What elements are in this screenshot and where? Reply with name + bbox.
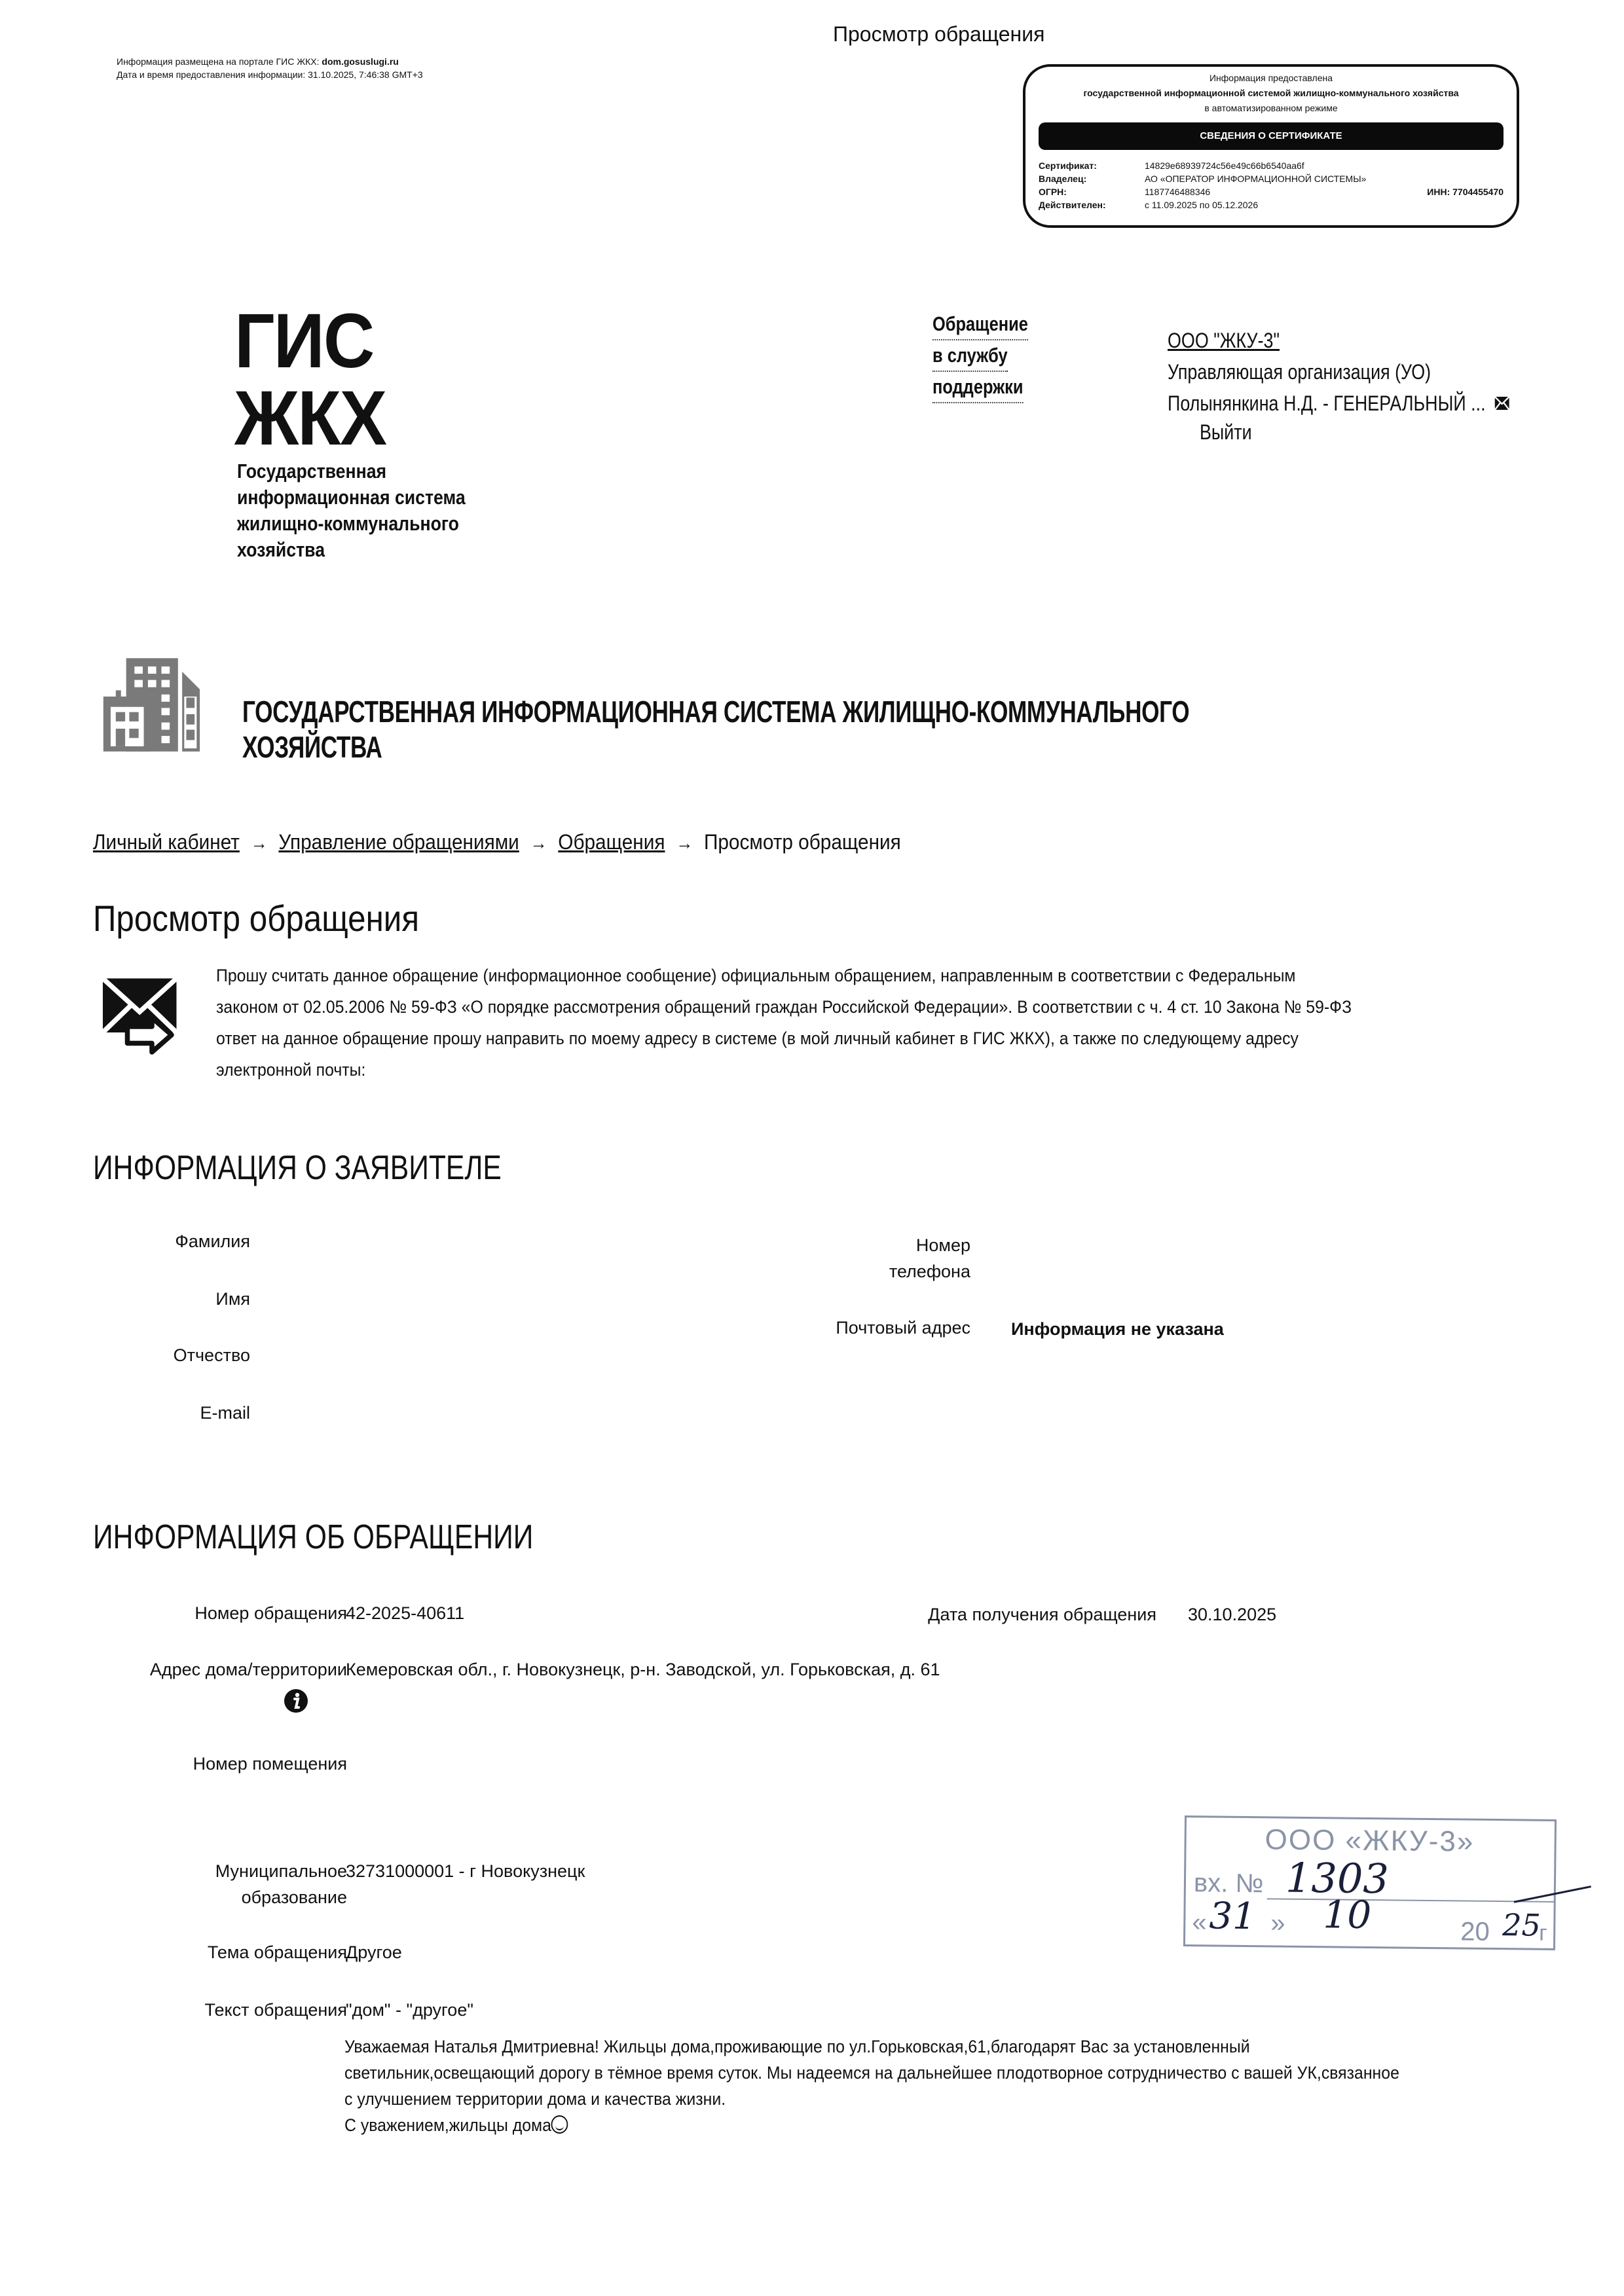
stamp-year-suffix: 25 xyxy=(1502,1907,1541,1943)
cert-value: 14829e68939724c56e49c66b6540aa6f xyxy=(1145,159,1304,172)
label-phone-line-2: телефона xyxy=(889,1258,970,1285)
cert-value: с 11.09.2025 по 05.12.2026 xyxy=(1145,198,1258,211)
envelope-icon[interactable] xyxy=(1494,396,1510,410)
cert-key: Сертификат: xyxy=(1039,159,1145,172)
label-first-name: Имя xyxy=(215,1286,250,1312)
logo-sub-line: информационная система xyxy=(237,484,466,511)
incoming-stamp: ООО «ЖКУ-3» вх. № 1303 « 31 » 10 20 25 г xyxy=(1183,1815,1557,1950)
logo-line-2: ЖКХ xyxy=(234,380,386,457)
appeal-text-body: Уважаемая Наталья Дмитриевна! Жильцы дом… xyxy=(344,2033,1489,2138)
cert-key: ОГРН: xyxy=(1039,185,1145,198)
label-patronymic: Отчество xyxy=(174,1342,250,1368)
gis-logo[interactable]: ГИС ЖКХ xyxy=(234,302,386,457)
label-email: E-mail xyxy=(200,1400,250,1426)
breadcrumb-separator: → xyxy=(530,833,547,854)
breadcrumb-separator: → xyxy=(251,833,268,854)
cert-key: Владелец: xyxy=(1039,172,1145,185)
value-appeal-category: "дом" - "другое" xyxy=(346,1997,473,2023)
stamp-month: 10 xyxy=(1323,1892,1372,1937)
breadcrumb: Личный кабинет → Управление обращениями … xyxy=(93,830,901,854)
cert-row-valid: Действителен:с 11.09.2025 по 05.12.2026 xyxy=(1039,198,1517,211)
user-block: ООО "ЖКУ-3" Управляющая организация (УО)… xyxy=(1168,325,1510,419)
breadcrumb-appeals[interactable]: Обращения xyxy=(558,830,665,854)
logo-subtitle: Государственная информационная система ж… xyxy=(237,458,466,563)
value-received-date: 30.10.2025 xyxy=(1188,1601,1276,1628)
label-appeal-text: Текст обращения xyxy=(204,1997,347,2023)
envelope-send-icon xyxy=(93,964,191,1062)
label-municipality: Муниципальное образование xyxy=(215,1858,347,1910)
user-name[interactable]: Полынянкина Н.Д. - ГЕНЕРАЛЬНЫЙ ... xyxy=(1168,388,1486,419)
logo-sub-line: хозяйства xyxy=(237,537,466,563)
cert-value: АО «ОПЕРАТОР ИНФОРМАЦИОННОЙ СИСТЕМЫ» xyxy=(1145,172,1366,185)
portal-url: dom.gosuslugi.ru xyxy=(322,56,398,67)
notice-body: Прошу считать данное обращение (информац… xyxy=(216,960,1355,1085)
portal-meta-info: Информация размещена на портале ГИС ЖКХ:… xyxy=(117,55,423,81)
appeal-text-line: Уважаемая Наталья Дмитриевна! Жильцы дом… xyxy=(344,2033,1489,2060)
value-municipality: 32731000001 - г Новокузнецк xyxy=(346,1858,585,1884)
portal-label: Информация размещена на портале ГИС ЖКХ: xyxy=(117,56,322,67)
datetime-value: 31.10.2025, 7:46:38 GMT+3 xyxy=(308,69,423,80)
label-address: Адрес дома/территории xyxy=(150,1656,347,1683)
label-last-name: Фамилия xyxy=(175,1228,250,1254)
label-phone: Номер телефона xyxy=(889,1232,970,1285)
appeal-text-line: с улучшением территории дома и качества … xyxy=(344,2086,1489,2112)
value-appeal-number: 42-2025-40611 xyxy=(346,1600,464,1626)
cert-line-2: государственной информационной системой … xyxy=(1025,86,1517,101)
label-postal-address: Почтовый адрес xyxy=(836,1315,970,1341)
cert-title-bar: СВЕДЕНИЯ О СЕРТИФИКАТЕ xyxy=(1039,122,1504,150)
value-postal-address: Информация не указана xyxy=(1011,1316,1224,1342)
cert-value: 1187746488346 xyxy=(1145,185,1210,198)
appeal-text-line: светильник,освещающий дорогу в тёмное вр… xyxy=(344,2060,1489,2086)
breadcrumb-current: Просмотр обращения xyxy=(704,830,901,854)
cert-line-1: Информация предоставлена xyxy=(1025,71,1517,86)
breadcrumb-personal-account[interactable]: Личный кабинет xyxy=(93,830,240,854)
banner-title: ГОСУДАРСТВЕННАЯ ИНФОРМАЦИОННАЯ СИСТЕМА Ж… xyxy=(242,694,1299,765)
label-appeal-number: Номер обращения xyxy=(194,1600,347,1626)
value-address: Кемеровская обл., г. Новокузнецк, р-н. З… xyxy=(346,1656,940,1683)
datetime-label: Дата и время предоставления информации: xyxy=(117,69,308,80)
cert-row-ogrn: ОГРН:1187746488346ИНН: 7704455470 xyxy=(1039,185,1517,198)
value-topic: Другое xyxy=(346,1939,402,1965)
label-room-number: Номер помещения xyxy=(193,1751,347,1777)
stamp-org: ООО «ЖКУ-3» xyxy=(1264,1823,1474,1858)
support-link-line[interactable]: Обращение xyxy=(932,309,1028,340)
notice-text: Прошу считать данное обращение (информац… xyxy=(216,960,1624,1085)
breadcrumb-appeal-management[interactable]: Управление обращениями xyxy=(278,830,519,854)
label-municipality-line-1: Муниципальное xyxy=(215,1858,347,1884)
label-topic: Тема обращения xyxy=(208,1939,347,1965)
label-phone-line-1: Номер xyxy=(889,1232,970,1258)
smiley-icon xyxy=(551,2115,568,2134)
stamp-year-letter: г xyxy=(1539,1921,1547,1946)
breadcrumb-separator: → xyxy=(676,833,693,854)
print-page-title: Просмотр обращения xyxy=(833,22,1044,46)
support-request-link[interactable]: Обращение в службу поддержки xyxy=(932,309,1028,403)
stamp-quote-open: « xyxy=(1192,1908,1207,1937)
logo-sub-line: Государственная xyxy=(237,458,466,484)
stamp-year-prefix: 20 xyxy=(1460,1917,1490,1946)
cert-row-certificate: Сертификат:14829e68939724c56e49c66b6540a… xyxy=(1039,159,1517,172)
support-link-line[interactable]: поддержки xyxy=(932,372,1024,403)
support-link-line[interactable]: в службу xyxy=(932,340,1008,372)
certificate-box: Информация предоставлена государственной… xyxy=(1023,64,1519,228)
org-link[interactable]: ООО "ЖКУ-3" xyxy=(1168,325,1510,356)
cert-key: Действителен: xyxy=(1039,198,1145,211)
section-title-applicant: ИНФОРМАЦИЯ О ЗАЯВИТЕЛЕ xyxy=(93,1148,502,1188)
building-icon xyxy=(93,642,217,766)
stamp-in-no-label: вх. № xyxy=(1194,1868,1264,1899)
label-municipality-line-2: образование xyxy=(215,1884,347,1910)
cert-inn: ИНН: 7704455470 xyxy=(1427,185,1504,198)
logo-sub-line: жилищно-коммунального xyxy=(237,511,466,537)
logout-link[interactable]: Выйти xyxy=(1200,420,1252,445)
stamp-quote-close: » xyxy=(1270,1908,1285,1938)
cert-line-3: в автоматизированном режиме xyxy=(1025,101,1517,116)
appeal-text-line: С уважением,жильцы дома xyxy=(344,2115,551,2135)
info-icon[interactable] xyxy=(283,1688,309,1714)
stamp-signature-stroke xyxy=(1514,1886,1591,1903)
stamp-day: 31 xyxy=(1209,1895,1256,1938)
org-role: Управляющая организация (УО) xyxy=(1168,356,1510,388)
section-title-appeal: ИНФОРМАЦИЯ ОБ ОБРАЩЕНИИ xyxy=(93,1518,533,1557)
logo-line-1: ГИС xyxy=(234,302,386,380)
cert-row-owner: Владелец:АО «ОПЕРАТОР ИНФОРМАЦИОННОЙ СИС… xyxy=(1039,172,1517,185)
page-title: Просмотр обращения xyxy=(93,897,419,939)
label-received-date: Дата получения обращения xyxy=(928,1601,1156,1628)
